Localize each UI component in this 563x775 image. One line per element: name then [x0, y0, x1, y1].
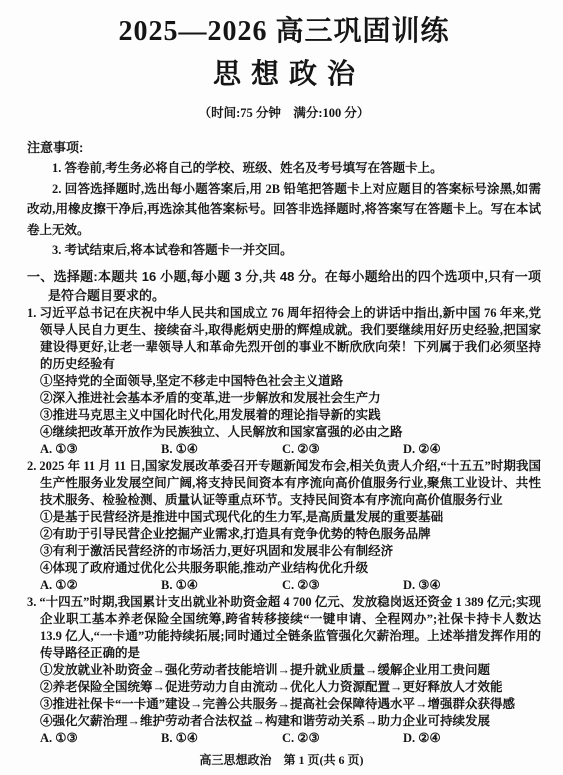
exam-meta-info: （时间:75 分钟 满分:100 分）: [27, 104, 541, 122]
statement-item: ④体现了政府通过优化公共服务职能,推动产业结构优化升级: [27, 560, 541, 577]
statement-item: ②深入推进社会基本矛盾的变革,进一步解放和发展社会生产力: [27, 390, 541, 407]
question-stem: 2.2025 年 11 月 11 日,国家发展改革委召开专题新闻发布会,相关负责…: [27, 458, 541, 509]
choice-a: A. ①③: [40, 730, 161, 747]
statement-item: ③推进社保卡“一卡通”建设→完善公共服务→提高社会保障待遇水平→增强群众获得感: [27, 696, 541, 713]
statement-item: ①坚持党的全面领导,坚定不移走中国特色社会主义道路: [27, 373, 541, 390]
statement-item: ③推进马克思主义中国化时代化,用发展着的理论指导新的实践: [27, 407, 541, 424]
choice-b: B. ①④: [161, 441, 282, 458]
answer-choices-row: A. ①③ B. ①④ C. ②③ D. ②④: [27, 730, 541, 747]
choice-b: B. ①④: [161, 577, 282, 594]
choice-d: D. ③④: [403, 577, 541, 594]
answer-choices-row: A. ①③ B. ①④ C. ②③ D. ②④: [27, 441, 541, 458]
question-number: 2.: [27, 459, 36, 473]
question-3: 3.“十四五”时期,我国累计支出就业补助资金超 4 700 亿元、发放稳岗返还资…: [27, 594, 541, 747]
question-number: 1.: [27, 306, 36, 320]
answer-choices-row: A. ①② B. ①④ C. ②③ D. ③④: [27, 577, 541, 594]
notice-heading: 注意事项:: [27, 138, 541, 158]
choice-d: D. ②④: [403, 730, 541, 747]
exam-paper-page: 2025—2026 高三巩固训练 思想政治 （时间:75 分钟 满分:100 分…: [0, 0, 563, 775]
statement-item: ④强化欠薪治理→维护劳动者合法权益→构建和谐劳动关系→助力企业可持续发展: [27, 713, 541, 730]
choice-d: D. ②④: [403, 441, 541, 458]
choice-b: B. ①④: [161, 730, 282, 747]
question-1: 1.习近平总书记在庆祝中华人民共和国成立 76 周年招待会上的讲话中指出,新中国…: [27, 305, 541, 458]
question-text: 习近平总书记在庆祝中华人民共和国成立 76 周年招待会上的讲话中指出,新中国 7…: [39, 306, 541, 371]
notice-item: 1. 答卷前,考生务必将自己的学校、班级、姓名及考号填写在答题卡上。: [27, 158, 541, 179]
page-footer: 高三思想政治 第 1 页(共 6 页): [0, 752, 563, 768]
choice-a: A. ①③: [40, 441, 161, 458]
question-stem: 1.习近平总书记在庆祝中华人民共和国成立 76 周年招待会上的讲话中指出,新中国…: [27, 305, 541, 373]
statement-item: ④继续把改革开放作为民族独立、人民解放和国家富强的必由之路: [27, 424, 541, 441]
choice-a: A. ①②: [40, 577, 161, 594]
choice-c: C. ②③: [282, 441, 403, 458]
statement-item: ①发放就业补助资金→强化劳动者技能培训→提升就业质量→缓解企业用工贵问题: [27, 662, 541, 679]
choice-c: C. ②③: [282, 730, 403, 747]
statement-item: ③有利于激活民营经济的市场活力,更好巩固和发展非公有制经济: [27, 543, 541, 560]
choice-c: C. ②③: [282, 577, 403, 594]
question-stem: 3.“十四五”时期,我国累计支出就业补助资金超 4 700 亿元、发放稳岗返还资…: [27, 594, 541, 662]
subject-title: 思想政治: [27, 58, 541, 92]
section-one-heading: 一、选择题:本题共 16 小题,每小题 3 分,共 48 分。在每小题给出的四个…: [27, 267, 541, 305]
question-2: 2.2025 年 11 月 11 日,国家发展改革委召开专题新闻发布会,相关负责…: [27, 458, 541, 594]
question-text: 2025 年 11 月 11 日,国家发展改革委召开专题新闻发布会,相关负责人介…: [39, 459, 541, 507]
statement-item: ①是基于民营经济是推进中国式现代化的生力军,是高质量发展的重要基础: [27, 509, 541, 526]
notice-item: 3. 考试结束后,将本试卷和答题卡一并交回。: [27, 240, 541, 261]
notice-section: 注意事项: 1. 答卷前,考生务必将自己的学校、班级、姓名及考号填写在答题卡上。…: [27, 138, 541, 261]
notice-item: 2. 回答选择题时,选出每小题答案后,用 2B 铅笔把答题卡上对应题目的答案标号…: [27, 179, 541, 241]
question-text: “十四五”时期,我国累计支出就业补助资金超 4 700 亿元、发放稳岗返还资金 …: [39, 595, 541, 660]
page-title: 2025—2026 高三巩固训练: [27, 14, 541, 50]
statement-item: ②养老保险全国统筹→促进劳动力自由流动→优化人力资源配置→更好释放人才效能: [27, 679, 541, 696]
statement-item: ②有助于引导民营企业挖掘产业需求,打造具有竞争优势的特色服务品牌: [27, 526, 541, 543]
question-number: 3.: [27, 595, 36, 609]
